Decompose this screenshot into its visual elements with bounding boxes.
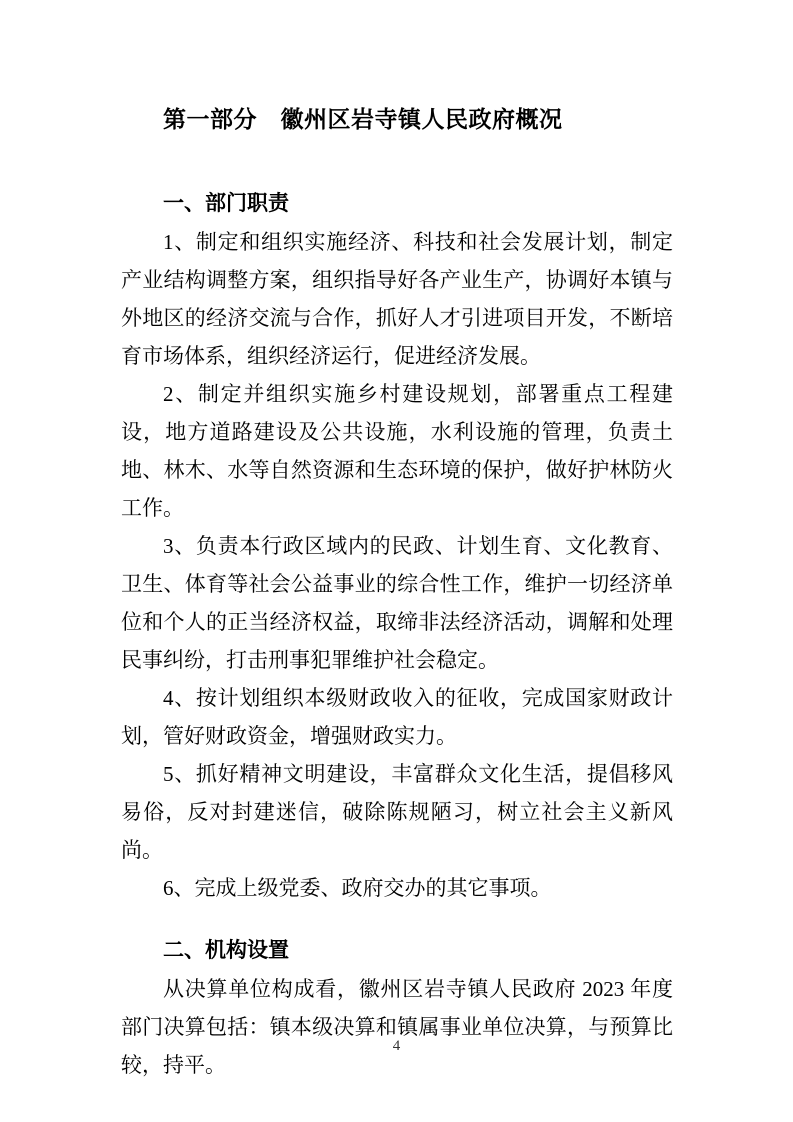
section-1-paragraph-5: 5、抓好精神文明建设，丰富群众文化生活，提倡移风易俗，反对封建迷信，破除陈规陋习… [121,755,673,869]
page-number: 4 [0,1038,793,1055]
section-1-paragraph-2: 2、制定并组织实施乡村建设规划，部署重点工程建设，地方道路建设及公共设施，水利设… [121,375,673,527]
document-page: 第一部分 徽州区岩寺镇人民政府概况 一、部门职责 1、制定和组织实施经济、科技和… [0,0,793,1122]
section-department-duties: 一、部门职责 1、制定和组织实施经济、科技和社会发展计划，制定产业结构调整方案，… [121,185,673,907]
section-2-paragraph-1: 从决算单位构成看，徽州区岩寺镇人民政府 2023 年度部门决算包括：镇本级决算和… [121,970,673,1084]
section-1-paragraph-3: 3、负责本行政区域内的民政、计划生育、文化教育、卫生、体育等社会公益事业的综合性… [121,527,673,679]
section-1-paragraph-4: 4、按计划组织本级财政收入的征收，完成国家财政计划，管好财政资金，增强财政实力。 [121,679,673,755]
section-1-heading: 一、部门职责 [121,185,673,223]
section-organization-setup: 二、机构设置 从决算单位构成看，徽州区岩寺镇人民政府 2023 年度部门决算包括… [121,932,673,1084]
section-1-paragraph-6: 6、完成上级党委、政府交办的其它事项。 [121,869,673,907]
section-1-paragraph-1: 1、制定和组织实施经济、科技和社会发展计划，制定产业结构调整方案，组织指导好各产… [121,223,673,375]
section-2-heading: 二、机构设置 [121,932,673,970]
document-title: 第一部分 徽州区岩寺镇人民政府概况 [163,100,673,138]
